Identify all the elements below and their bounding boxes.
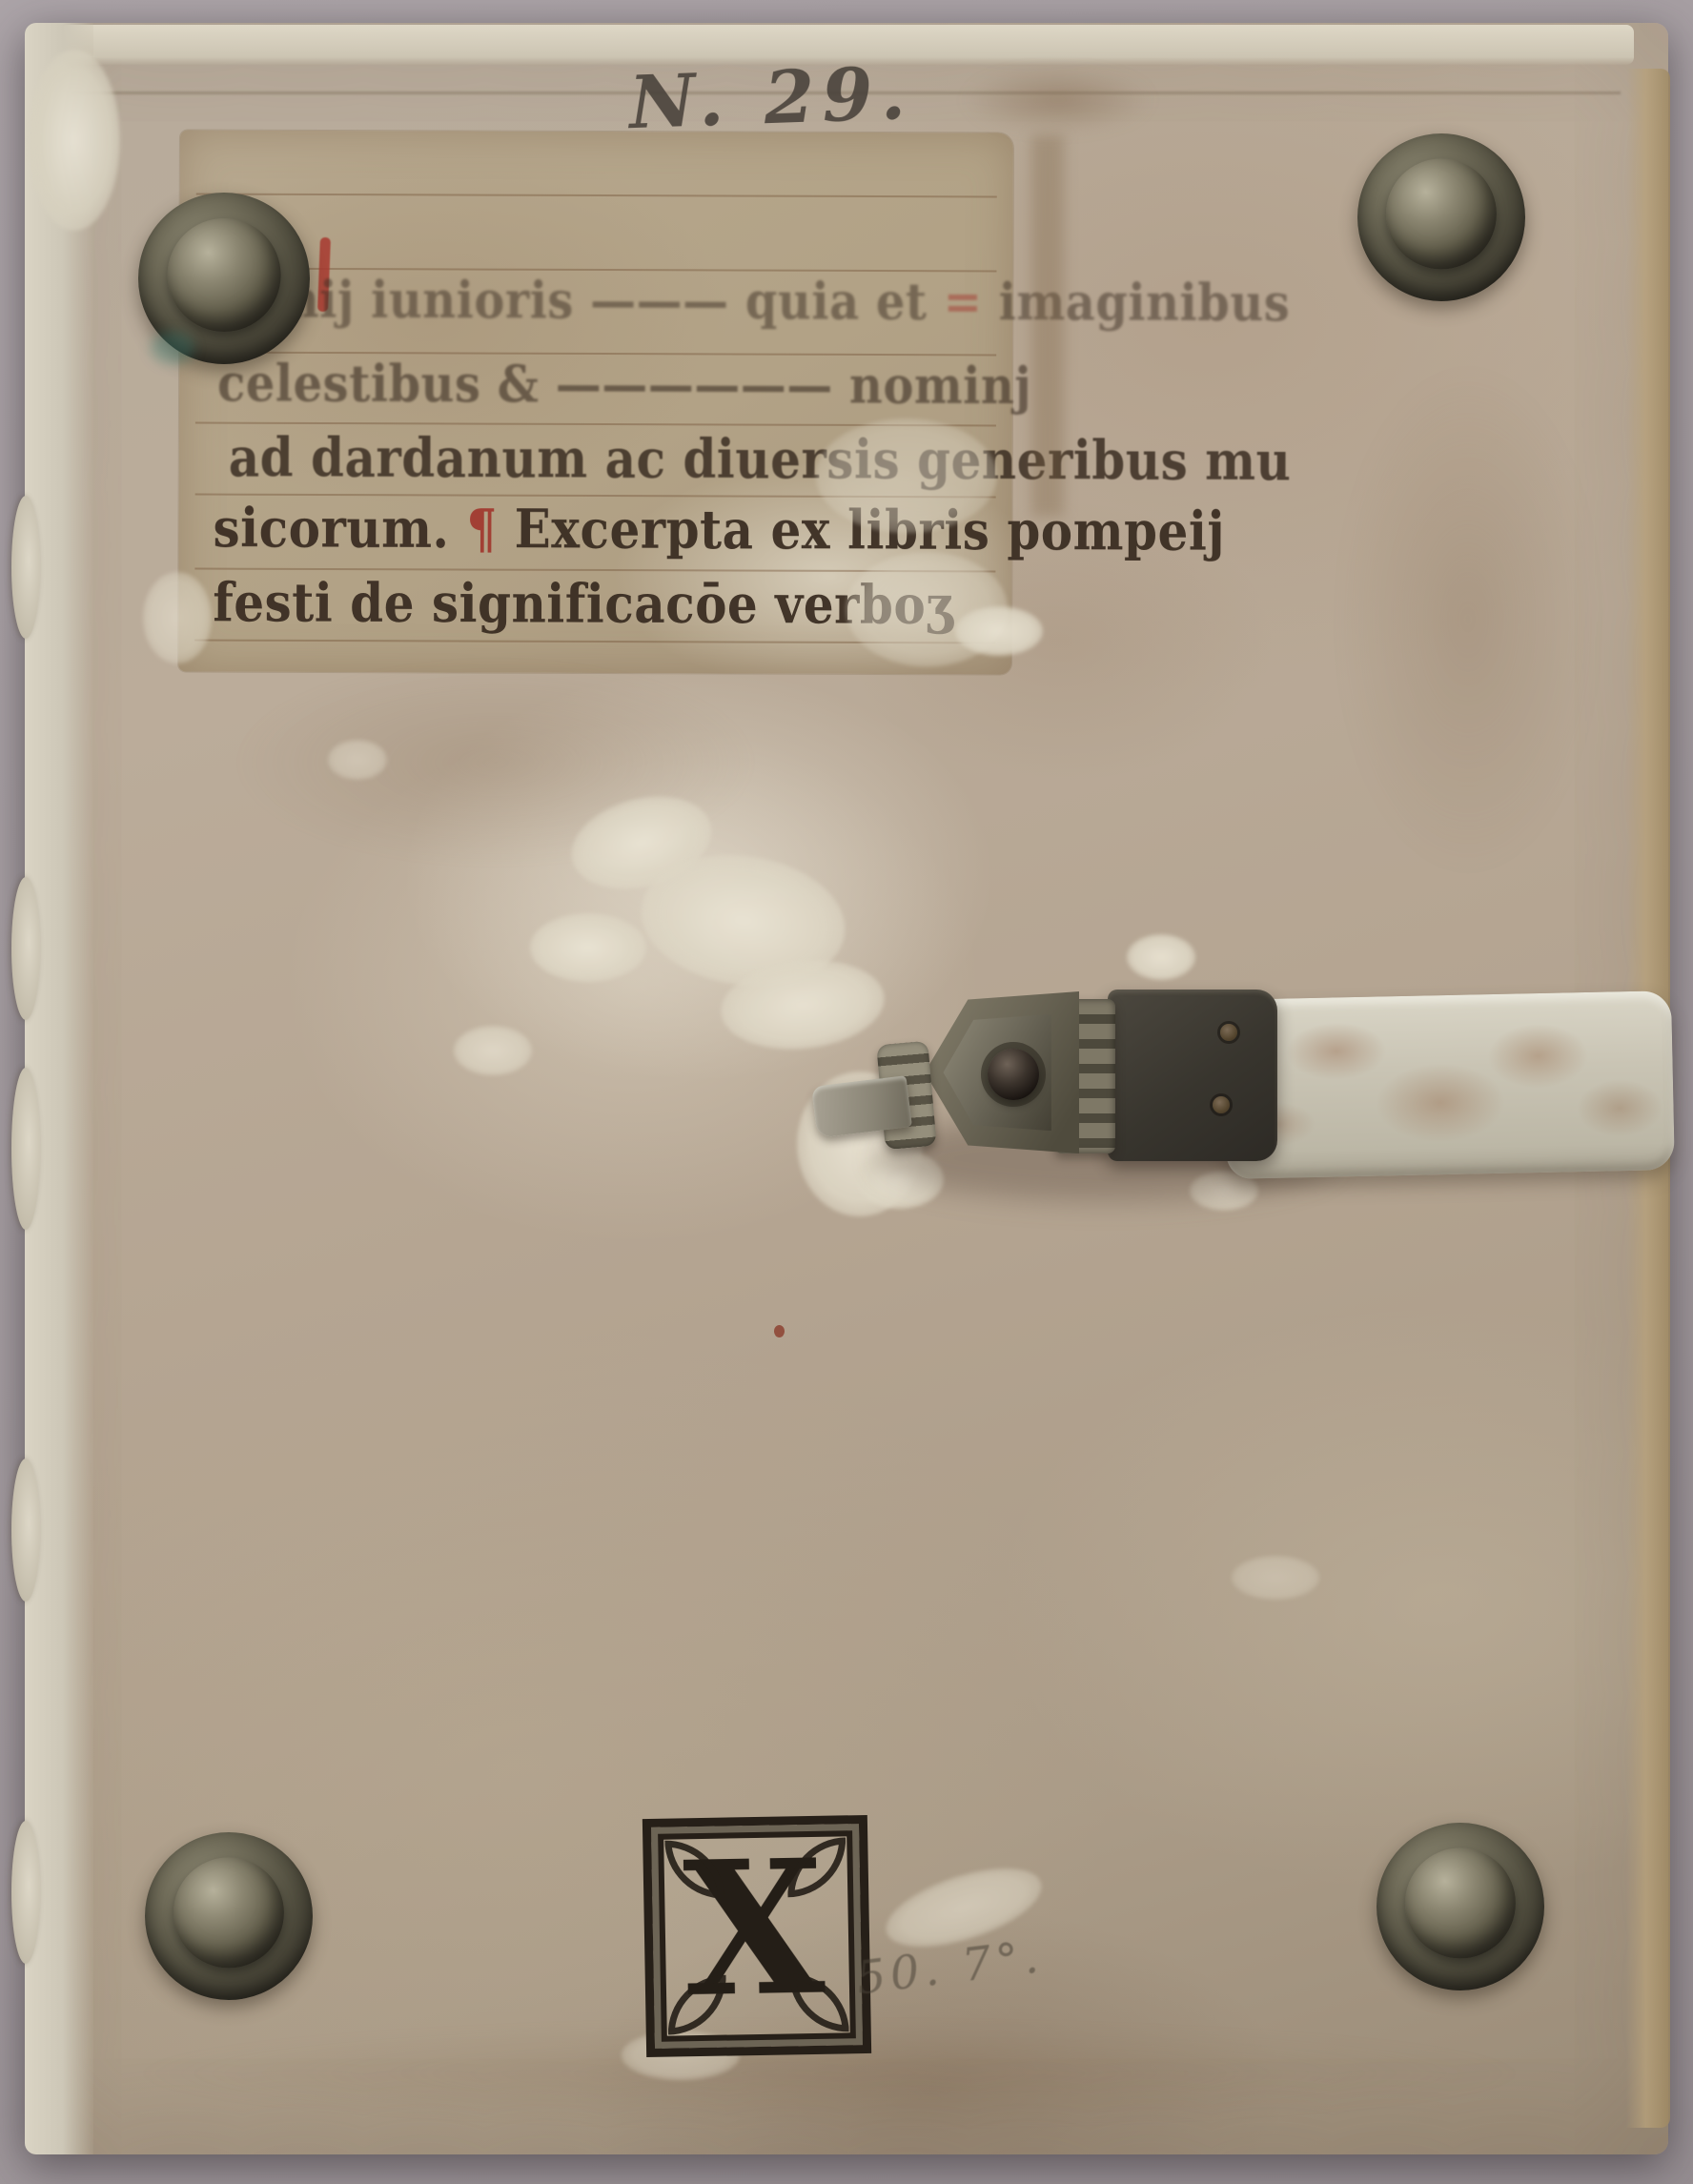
spine-head-fray <box>29 50 120 231</box>
label-line1-text: plinij iunioris ——— quia et <box>217 270 944 332</box>
spine-raised-band <box>11 1821 40 1964</box>
stain-patch <box>1335 362 1601 877</box>
label-line4-text: sicorum. <box>213 497 466 561</box>
clasp-rivet <box>1213 1096 1230 1113</box>
boss-dome <box>1386 158 1497 269</box>
manuscript-title-label: plinij iunioris ——— quia et = imaginibus… <box>178 130 1013 674</box>
paint-flake <box>328 740 387 780</box>
clasp-rivet <box>1220 1024 1237 1041</box>
paint-flake <box>1232 1556 1319 1600</box>
boss-dome <box>168 218 281 332</box>
spine-raised-band <box>11 1068 40 1230</box>
clasp-stud-knob <box>988 1049 1039 1100</box>
red-speck <box>774 1325 785 1337</box>
boss-dome <box>173 1857 284 1968</box>
photograph-background: plinij iunioris ——— quia et = imaginibus… <box>0 0 1693 2184</box>
rubric-paragraph-mark: ¶ <box>466 498 498 561</box>
header-number-inscription: N. 29. <box>628 51 915 145</box>
label-text-line-2: celestibus & —————— nominj <box>217 354 1031 417</box>
stain-streak <box>1031 135 1064 517</box>
stain-patch <box>963 67 1153 133</box>
paint-flake <box>1127 934 1195 980</box>
label-line3-text: ad dardanum ac diuersis generibus mu <box>229 426 1292 493</box>
corner-boss-bottom-right <box>1377 1823 1544 1990</box>
label-text-line-3: ad dardanum ac diuersis generibus mu <box>229 426 1292 493</box>
paint-flake <box>143 572 212 663</box>
spine-raised-band <box>11 496 40 639</box>
corner-boss-top-right <box>1357 133 1525 301</box>
corrosion-spot <box>151 332 194 364</box>
paint-flake <box>454 1026 532 1075</box>
label-abrasion-patch <box>816 418 997 534</box>
ornamental-stamp: X <box>643 1815 871 2057</box>
label-text-line-1: plinij iunioris ——— quia et = imaginibus <box>217 270 1290 334</box>
spine-raised-band <box>11 1459 40 1602</box>
spine-raised-band <box>11 877 40 1020</box>
label-line1-text-end: imaginibus <box>982 272 1290 333</box>
corner-boss-bottom-left <box>145 1832 313 2000</box>
ruling-line <box>196 194 996 198</box>
label-line5-text: festi de significacōe verboʒ <box>213 571 953 637</box>
boss-dome <box>1405 1847 1516 1958</box>
clasp-back-plate <box>1108 990 1277 1161</box>
label-line2-text: celestibus & —————— nominj <box>217 354 1031 417</box>
rubric-equals-mark: = <box>944 272 983 332</box>
paint-flake <box>955 606 1043 656</box>
clasp-strap <box>1223 990 1675 1179</box>
paint-flake <box>530 913 646 982</box>
label-text-line-5: festi de significacōe verboʒ <box>213 571 953 637</box>
label-text-line-4: sicorum. ¶ Excerpta ex libris pompeij <box>213 497 1225 563</box>
